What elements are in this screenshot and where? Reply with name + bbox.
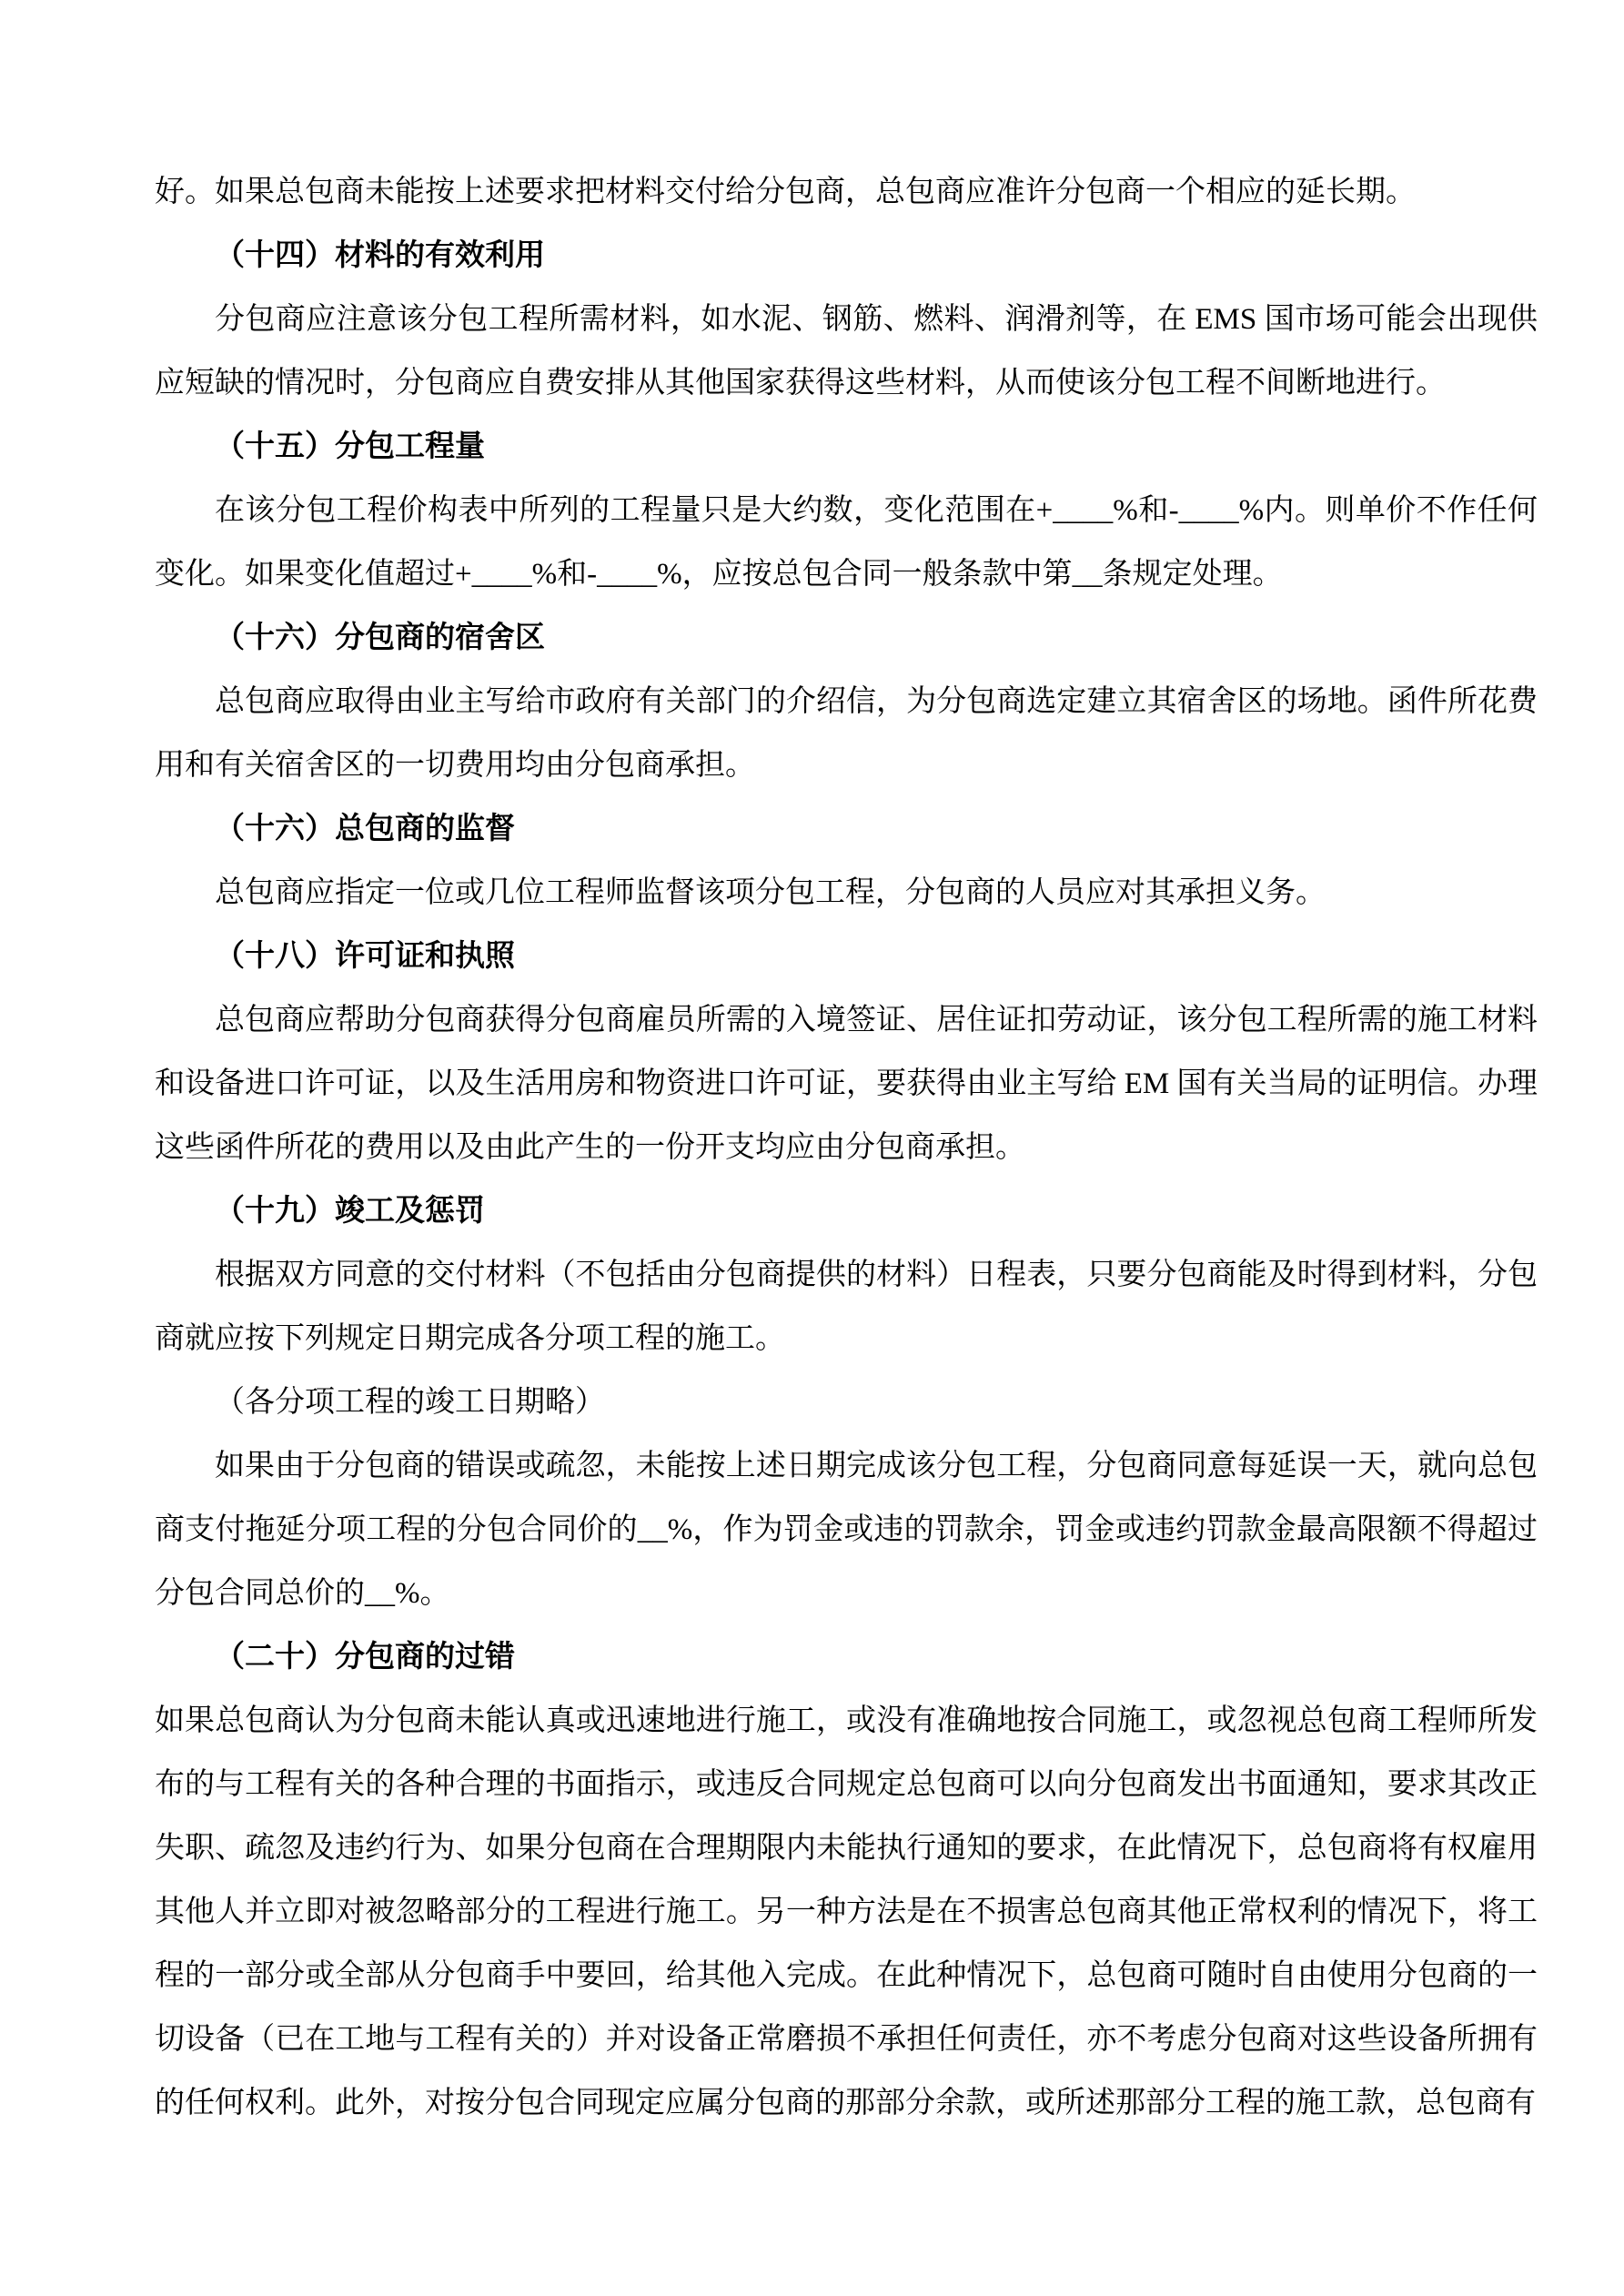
paragraph: 分包商应注意该分包工程所需材料，如水泥、钢筋、燃料、润滑剂等，在 EMS 国市场… <box>155 288 1538 415</box>
paragraph: 总包商应取得由业主写给市政府有关部门的介绍信，为分包商选定建立其宿舍区的场地。函… <box>155 670 1538 797</box>
paragraph: 好。如果总包商未能按上述要求把材料交付给分包商，总包商应准许分包商一个相应的延长… <box>155 160 1538 224</box>
paragraph: （各分项工程的竣工日期略） <box>155 1371 1538 1434</box>
paragraph: 总包商应指定一位或几位工程师监督该项分包工程，分包商的人员应对其承担义务。 <box>155 861 1538 925</box>
section-heading: （十六）总包商的监督 <box>155 797 1538 861</box>
section-heading: （二十）分包商的过错 <box>155 1625 1538 1689</box>
section-heading: （十六）分包商的宿舍区 <box>155 606 1538 670</box>
paragraph: 根据双方同意的交付材料（不包括由分包商提供的材料）日程表，只要分包商能及时得到材… <box>155 1243 1538 1371</box>
paragraph: 如果总包商认为分包商未能认真或迅速地进行施工，或没有准确地按合同施工，或忽视总包… <box>155 1689 1538 2135</box>
section-heading: （十九）竣工及惩罚 <box>155 1179 1538 1243</box>
section-heading: （十四）材料的有效利用 <box>155 224 1538 288</box>
paragraph: 总包商应帮助分包商获得分包商雇员所需的入境签证、居住证扣劳动证，该分包工程所需的… <box>155 988 1538 1179</box>
paragraph: 如果由于分包商的错误或疏忽，未能按上述日期完成该分包工程，分包商同意每延误一天，… <box>155 1434 1538 1625</box>
section-heading: （十八）许可证和执照 <box>155 925 1538 988</box>
paragraph: 在该分包工程价构表中所列的工程量只是大约数，变化范围在+____%和-____%… <box>155 479 1538 606</box>
section-heading: （十五）分包工程量 <box>155 415 1538 479</box>
document-page: 好。如果总包商未能按上述要求把材料交付给分包商，总包商应准许分包商一个相应的延长… <box>0 0 1624 2296</box>
